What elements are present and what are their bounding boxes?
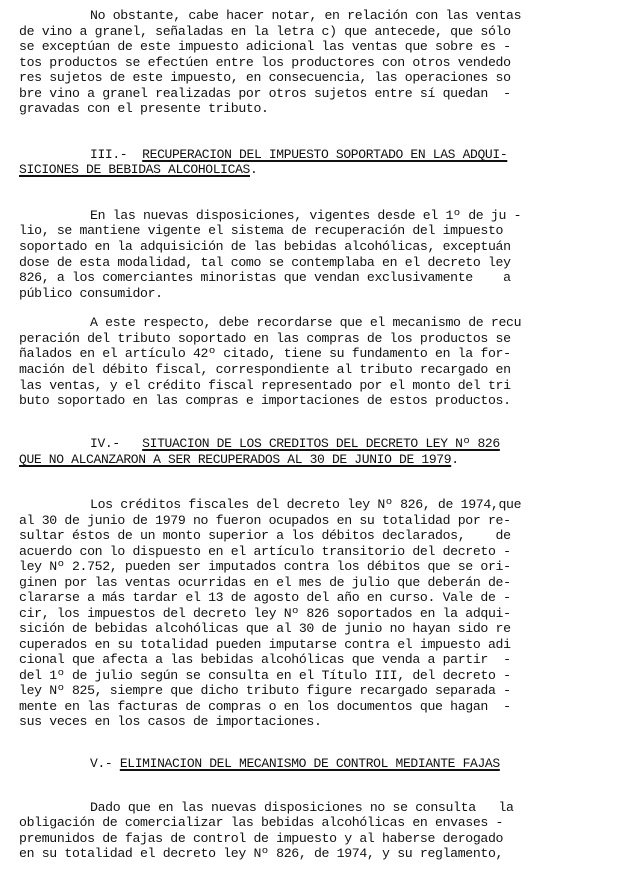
text-line: obligación de comercializar las bebidas … [19, 815, 503, 830]
text-line: sus veces en los casos de importaciones. [19, 714, 322, 729]
text-line: dose de esta modalidad, tal como se cont… [19, 255, 511, 270]
text-line: mación del débito fiscal, correspondient… [19, 362, 511, 377]
text-line: En las nuevas disposiciones, vigentes de… [90, 208, 521, 223]
text-line: cional que afecta a las bebidas alcohóli… [19, 652, 511, 667]
text-line: A este respecto, debe recordarse que el … [90, 315, 521, 330]
text-line: se exceptúan de este impuesto adicional … [19, 39, 511, 54]
text-line: ñalados en el artículo 42º citado, tiene… [19, 346, 511, 361]
text-line: ginen por las ventas ocurridas en el mes… [19, 575, 511, 590]
text-line: buto soportado en las compras e importac… [19, 393, 511, 408]
text-line: en su totalidad el decreto ley Nº 826, d… [19, 846, 503, 861]
text-line: No obstante, cabe hacer notar, en relaci… [90, 8, 521, 23]
text-line: sultar éstos de un monto superior a los … [19, 528, 511, 543]
heading-line: V.- ELIMINACION DEL MECANISMO DE CONTROL… [90, 756, 500, 771]
text-line: peración del tributo soportado en las co… [19, 331, 511, 346]
text-line: bre vino a granel realizadas por otros s… [19, 86, 511, 101]
text-line: lio, se mantiene vigente el sistema de r… [19, 223, 503, 238]
text-line: de vino a granel, señaladas en la letra … [19, 24, 511, 39]
text-line: ley Nº 825, siempre que dicho tributo fi… [19, 683, 511, 698]
text-line: Dado que en las nuevas disposiciones no … [90, 800, 514, 815]
section-title: ELIMINACION DEL MECANISMO DE CONTROL MED… [120, 756, 500, 771]
text-line: las ventas, y el crédito fiscal represen… [19, 378, 511, 393]
heading-line: SICIONES DE BEBIDAS ALCOHOLICAS. [19, 162, 257, 177]
text-line: sición de bebidas alcohólicas que al 30 … [19, 621, 511, 636]
text-line: cir, los impuestos del decreto ley Nº 82… [19, 606, 511, 621]
section-title: RECUPERACION DEL IMPUESTO SOPORTADO EN L… [142, 147, 507, 162]
text-line: al 30 de junio de 1979 no fueron ocupado… [19, 513, 511, 528]
text-line: 826, a los comerciantes minoristas que v… [19, 270, 511, 285]
text-line: ley Nº 2.752, pueden ser imputados contr… [19, 559, 511, 574]
text-line: soportado en la adquisición de las bebid… [19, 239, 511, 254]
text-line: mente en las facturas de compras o en lo… [19, 699, 511, 714]
section-title: SICIONES DE BEBIDAS ALCOHOLICAS [19, 162, 250, 177]
section-title: QUE NO ALCANZARON A SER RECUPERADOS AL 3… [19, 452, 451, 467]
section-number: V.- [90, 756, 112, 771]
text-line: clararse a más tardar el 13 de agosto de… [19, 590, 511, 605]
heading-line: IV.- SITUACION DE LOS CREDITOS DEL DECRE… [90, 436, 500, 451]
heading-period: . [250, 162, 257, 177]
section-title: SITUACION DE LOS CREDITOS DEL DECRETO LE… [142, 436, 500, 451]
text-line: acuerdo con lo dispuesto en el artículo … [19, 544, 511, 559]
section-number: IV.- [90, 436, 120, 451]
text-line: público consumidor. [19, 286, 163, 301]
text-line: del 1º de julio según se consulta en el … [19, 668, 511, 683]
text-line: tos productos se efectúen entre los prod… [19, 55, 511, 70]
section-number: III.- [90, 147, 127, 162]
heading-period: . [451, 452, 458, 467]
heading-line: III.- RECUPERACION DEL IMPUESTO SOPORTAD… [90, 147, 507, 162]
text-line: gravadas con el presente tributo. [19, 101, 269, 116]
text-line: Los créditos fiscales del decreto ley Nº… [90, 497, 521, 512]
heading-line: QUE NO ALCANZARON A SER RECUPERADOS AL 3… [19, 452, 459, 467]
text-line: premunidos de fajas de control de impues… [19, 831, 503, 846]
text-line: cuperados en su totalidad pueden imputar… [19, 637, 511, 652]
text-line: res sujetos de este impuesto, en consecu… [19, 70, 511, 85]
